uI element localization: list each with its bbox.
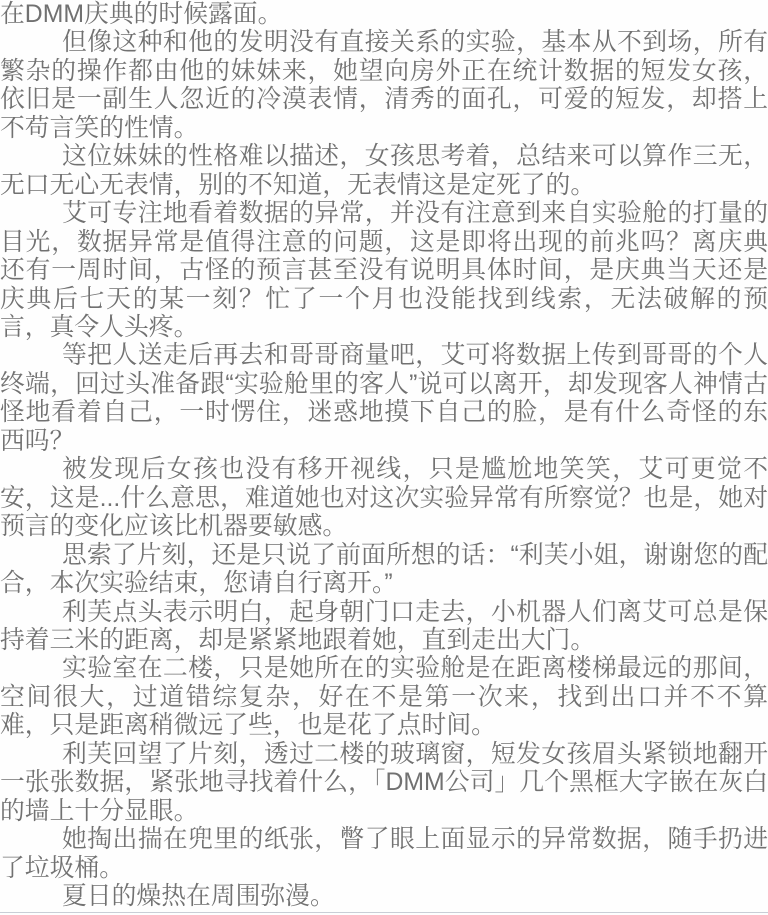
novel-text: 在DMM庆典的时候露面。但像这种和他的发明没有直接关系的实验，基本从不到场，所有…	[0, 1, 768, 912]
reader-page[interactable]: 在DMM庆典的时候露面。但像这种和他的发明没有直接关系的实验，基本从不到场，所有…	[0, 0, 768, 915]
paragraph: 她掏出揣在兜里的纸张，瞥了眼上面显示的异常数据，随手扔进了垃圾桶。	[0, 826, 768, 883]
paragraph: 利芙回望了片刻，透过二楼的玻璃窗，短发女孩眉头紧锁地翻开一张张数据，紧张地寻找着…	[0, 741, 768, 826]
paragraph: 艾可专注地看着数据的异常，并没有注意到来自实验舱的打量的目光，数据异常是值得注意…	[0, 200, 768, 342]
paragraph: 夏日的燥热在周围弥漫。	[0, 883, 768, 911]
paragraph: 但像这种和他的发明没有直接关系的实验，基本从不到场，所有繁杂的操作都由他的妹妹来…	[0, 29, 768, 143]
paragraph: 利芙点头表示明白，起身朝门口走去，小机器人们离艾可总是保持着三米的距离，却是紧紧…	[0, 599, 768, 656]
bottom-divider	[0, 912, 768, 913]
paragraph: 思索了片刻，还是只说了前面所想的话：“利芙小姐，谢谢您的配合，本次实验结束，您请…	[0, 542, 768, 599]
paragraph: 等把人送走后再去和哥哥商量吧，艾可将数据上传到哥哥的个人终端，回过头准备跟“实验…	[0, 342, 768, 456]
paragraph: 实验室在二楼，只是她所在的实验舱是在距离楼梯最远的那间，空间很大，过道错综复杂，…	[0, 655, 768, 740]
paragraph: 这位妹妹的性格难以描述，女孩思考着，总结来可以算作三无，无口无心无表情，别的不知…	[0, 143, 768, 200]
paragraph: 被发现后女孩也没有移开视线，只是尴尬地笑笑，艾可更觉不安，这是...什么意思，难…	[0, 456, 768, 541]
paragraph: 在DMM庆典的时候露面。	[0, 1, 768, 29]
